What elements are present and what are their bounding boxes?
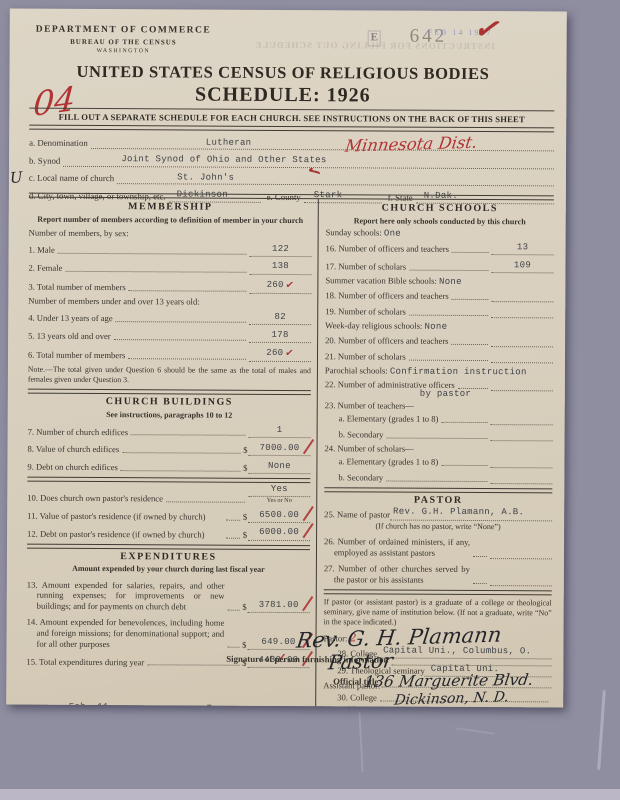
question-label: 16. Number of officers and teachers [326, 243, 450, 254]
answer-value: 1 [277, 425, 283, 435]
answer-value: 6500.00 [259, 509, 299, 519]
question-row: 12. Debt on pastor's residence (if owned… [27, 527, 310, 541]
question-label: 8. Value of church edifices [27, 444, 119, 455]
local-name-value: St. John's [177, 172, 234, 184]
red-check-icon: ✓ [285, 348, 295, 362]
answer-value: Yes [271, 484, 288, 494]
answer-value: 6000.00 [259, 527, 299, 537]
question-label: b. Secondary [338, 472, 383, 483]
red-slash-mark [303, 439, 314, 454]
sunday-schools-value: One [384, 228, 401, 238]
church-buildings-title: CHURCH BUILDINGS [28, 396, 311, 410]
dollar-sign: $ [242, 602, 246, 613]
photo-background: INSTRUCTIONS FOR FILLING OUT SCHEDULE DE… [0, 0, 620, 800]
question-label: 23. Number of teachers— [325, 401, 553, 413]
question-label: 25. Name of pastor [324, 509, 390, 520]
synod-row: b. Synod Joint Synod of Ohio and Other S… [29, 152, 554, 169]
answer-blank [491, 362, 553, 363]
answer-blank: 122 [250, 245, 312, 258]
dotted-leader [166, 501, 245, 502]
group-heading: Number of members, by sex: [29, 227, 312, 239]
question-label: 20. Number of officers and teachers [325, 335, 449, 346]
red-check-icon: ✓ [285, 280, 295, 294]
red-slash-mark [303, 506, 314, 521]
group-heading: Summer vacation Bible schools: None [325, 275, 553, 288]
background-scratch [597, 690, 606, 770]
dotted-leader [441, 422, 487, 423]
question-row: 19. Number of scholars [325, 306, 553, 318]
dotted-leader [65, 271, 246, 273]
handwritten-district-annotation: Minnesota Dist. [344, 133, 479, 158]
dotted-leader [441, 464, 487, 465]
dotted-leader [116, 321, 247, 323]
question-label: 13. Amount expended for salaries, repair… [27, 579, 225, 612]
group-heading: Number of members under and over 13 year… [28, 295, 311, 307]
dotted-leader [473, 556, 487, 557]
answer-blank [490, 558, 552, 559]
dotted-leader [227, 609, 239, 610]
answer-blank: Rev. G.H. Plamann, A.B. [390, 508, 552, 521]
dotted-leader [386, 438, 487, 440]
question-row: 8. Value of church edifices $ 7000.00 [27, 443, 310, 457]
date-value: Feb. 11, [69, 702, 115, 708]
question-row: 26. Number of ordained ministers, if any… [324, 536, 552, 559]
answer-blank: 6500.00 [248, 510, 310, 523]
question-label: 12. Debt on pastor's residence (if owned… [27, 528, 223, 540]
answer-blank [491, 346, 553, 347]
question-row: b. Secondary [324, 472, 552, 484]
answer-value: 7000.00 [260, 443, 300, 453]
yes-or-no-caption: Yes or No [267, 497, 292, 505]
answer-blank: 6000.00 [248, 528, 310, 541]
answer-blank: 7000.00 [248, 444, 310, 457]
weekday-schools-label: Week-day religious schools: [325, 320, 422, 331]
question-row: 27. Number of other churches served by t… [324, 563, 552, 586]
dotted-leader [452, 252, 489, 253]
question-row: 11. Value of pastor's residence (if owne… [27, 509, 310, 523]
answer-blank: 260✓ [249, 348, 311, 362]
group-heading: Week-day religious schools: None [325, 320, 553, 333]
dotted-leader [129, 290, 247, 292]
dotted-leader [452, 299, 489, 300]
answer-value: 13 [517, 242, 528, 252]
summer-bible-value: None [439, 277, 462, 287]
membership-subtitle: Report number of members according to de… [35, 214, 306, 225]
synod-value: Joint Synod of Ohio and Other States [121, 154, 326, 166]
background-scratch [455, 727, 495, 735]
question-label: 10. Does church own pastor's residence [27, 493, 163, 504]
question-label: 27. Number of other churches served by t… [324, 563, 470, 585]
answer-value: 109 [514, 260, 531, 270]
membership-title: MEMBERSHIP [29, 201, 312, 215]
question-label: 5. 13 years old and over [28, 331, 111, 342]
question-label: a. Elementary (grades 1 to 8) [338, 456, 438, 467]
divider [324, 487, 552, 493]
dollar-sign: $ [243, 530, 247, 541]
question-label: b. Secondary [339, 430, 384, 441]
question-row: 4. Under 13 years of age 82 [28, 312, 311, 326]
answer-blank [491, 424, 553, 425]
question-row: 13. Amount expended for salaries, repair… [27, 579, 310, 613]
dotted-leader [131, 435, 246, 437]
question-label: 3. Total number of members [28, 282, 125, 293]
dollar-sign: $ [243, 445, 247, 456]
answer-blank: 3781.00 [248, 600, 310, 613]
red-slash-mark [302, 523, 313, 538]
question-label: 17. Number of scholars [325, 261, 406, 272]
answer-blank: 260✓ [249, 280, 311, 294]
answer-value: 649.00 [261, 637, 295, 647]
stamp-emblem: E [368, 30, 381, 46]
answer-blank [490, 483, 552, 484]
question-label: 21. Number of scholars [325, 352, 406, 363]
answer-blank: 178 [249, 331, 311, 344]
question-row: 25. Name of pastor Rev. G.H. Plamann, A.… [324, 508, 552, 521]
question-row: b. Secondary [325, 430, 553, 442]
form-schedule-year: SCHEDULE: 1926 [9, 82, 556, 110]
margin-mark: U [9, 168, 23, 188]
background-scratch [358, 712, 363, 772]
question-row: 1. Male 122 [29, 243, 312, 257]
dotted-line [391, 665, 551, 667]
question-row: 2. Female 138 [28, 261, 311, 275]
group-heading: Parochial schools: Confirmation instruct… [325, 365, 553, 378]
synod-label: b. Synod [29, 155, 60, 166]
department-line: DEPARTMENT OF COMMERCE [36, 25, 212, 38]
instruction-banner: FILL OUT A SEPARATE SCHEDULE FOR EACH CH… [29, 112, 554, 125]
answer-blank: None [248, 462, 310, 475]
dotted-leader [226, 520, 240, 521]
question-label: 26. Number of ordained ministers, if any… [324, 536, 470, 558]
membership-note: Note.—The total given under Question 6 s… [28, 365, 311, 387]
dotted-leader [226, 537, 240, 538]
answer-blank: 138 [249, 262, 311, 275]
answer-blank [490, 585, 552, 586]
dollar-sign: $ [243, 463, 247, 474]
answer-value: 122 [272, 244, 289, 254]
expenditures-title: EXPENDITURES [27, 550, 310, 564]
no-pastor-note: (If church has no pastor, write “None”) [324, 521, 552, 532]
dotted-leader [409, 360, 488, 361]
answer-value: None [268, 461, 291, 471]
question-label: 9. Debt on church edifices [27, 462, 118, 473]
question-row: 21. Number of scholars [325, 352, 553, 364]
parochial-schools-value: Confirmation instruction [390, 367, 527, 378]
sunday-schools-label: Sunday schools: [326, 227, 382, 237]
question-label: 6. Total number of members [28, 350, 125, 361]
dollar-sign: $ [243, 512, 247, 523]
church-schools-subtitle: Report here only schools conducted by th… [332, 216, 548, 227]
dotted-leader [122, 452, 240, 454]
question-row: 7. Number of church edifices 1 [28, 425, 311, 439]
question-label: 19. Number of scholars [325, 306, 406, 317]
question-row: 17. Number of scholars 109 [325, 260, 553, 273]
answer-value: 260 [267, 280, 284, 290]
answer-blank [491, 317, 553, 318]
divider [29, 125, 554, 133]
question-row: 20. Number of officers and teachers [325, 335, 553, 347]
dotted-line: St. John's [117, 183, 554, 186]
denomination-value: Lutheran [206, 137, 252, 148]
question-row: 18. Number of officers and teachers [325, 290, 553, 302]
answer-value: 178 [272, 330, 289, 340]
church-buildings-subtitle: See instructions, paragraphs 10 to 12 [34, 409, 305, 420]
question-row: 10. Does church own pastor's residence Y… [27, 484, 310, 506]
signature-row: Signature of person furnishing informati… [26, 651, 551, 667]
expenditures-subtitle: Amount expended by your church during la… [33, 564, 304, 575]
bureau-line: BUREAU OF THE CENSUS [36, 38, 212, 48]
dotted-leader [227, 647, 239, 648]
denomination-label: a. Denomination [29, 138, 88, 149]
divider [27, 477, 310, 483]
dotted-leader [409, 315, 488, 316]
question-label: 11. Value of pastor's residence (if owne… [27, 511, 223, 523]
answer-blank [490, 467, 552, 468]
answer-value: Rev. G.H. Plamann, A.B. [393, 507, 524, 518]
divider [28, 389, 311, 395]
washington-line: WASHINGTON [36, 47, 212, 55]
group-heading: Sunday schools: One [326, 227, 554, 240]
question-row: 3. Total number of members 260✓ [28, 279, 311, 294]
answer-blank: 13 [492, 243, 554, 256]
handwritten-official-title: Pastor [327, 648, 395, 675]
question-label: a. Elementary (grades 1 to 8) [339, 413, 439, 424]
question-row: 6. Total number of members 260✓ [28, 347, 311, 362]
question-label: 24. Number of scholars— [324, 443, 552, 455]
dotted-leader [128, 358, 246, 360]
dollar-sign: $ [242, 640, 246, 651]
question-label: 14. Amount expended for benevolences, in… [26, 617, 224, 650]
answer-value: 138 [272, 261, 289, 271]
answer-blank: 82 [249, 313, 311, 326]
question-row: 5. 13 years old and over 178 [28, 329, 311, 343]
question-label: 4. Under 13 years of age [28, 313, 113, 324]
question-label: 18. Number of officers and teachers [325, 290, 449, 301]
date-year-value: 7 [206, 703, 212, 707]
answer-blank: 1 [249, 426, 311, 439]
parochial-schools-label: Parochial schools: [325, 365, 388, 375]
agency-block: DEPARTMENT OF COMMERCE BUREAU OF THE CEN… [36, 25, 212, 56]
table-surface-edge [0, 789, 620, 800]
question-label: 1. Male [29, 245, 55, 256]
dotted-leader [114, 339, 246, 341]
divider [324, 589, 552, 595]
pastor-title: PASTOR [324, 494, 552, 508]
answer-blank [491, 301, 553, 302]
dotted-leader [58, 253, 247, 255]
question-label: 7. Number of church edifices [28, 426, 129, 437]
dotted-leader [386, 480, 487, 482]
church-schools-title: CHURCH SCHOOLS [326, 202, 554, 216]
dotted-leader [452, 344, 489, 345]
local-name-label: c. Local name of church [29, 173, 114, 184]
question-row: 14. Amount expended for benevolences, in… [26, 617, 309, 651]
answer-value: 260 [266, 348, 283, 358]
local-name-row: c. Local name of church St. John's [29, 170, 554, 187]
question-row: a. Elementary (grades 1 to 8) [325, 413, 553, 425]
printed-year-prefix: , 192 [187, 703, 205, 707]
answer-blank: 109 [491, 261, 553, 274]
question-label: 2. Female [28, 263, 62, 274]
dotted-line: Lutheran [91, 148, 554, 151]
dotted-leader [121, 470, 240, 472]
question-row: 9. Debt on church edifices $ None [27, 460, 310, 474]
dotted-leader [473, 582, 487, 583]
census-form-page: INSTRUCTIONS FOR FILLING OUT SCHEDULE DE… [6, 9, 567, 708]
answer-blank [491, 440, 553, 441]
summer-bible-label: Summer vacation Bible schools: [325, 275, 437, 286]
handwritten-city: Dickinson, N. D. [393, 689, 510, 707]
divider [27, 543, 310, 549]
answer-value: 3781.00 [259, 599, 299, 609]
weekday-schools-value: None [424, 322, 447, 332]
question-row: 16. Number of officers and teachers 13 [326, 242, 554, 255]
question-row: a. Elementary (grades 1 to 8) [324, 456, 552, 468]
po-address-label: P. O. Address [320, 704, 370, 707]
dotted-leader [409, 269, 488, 270]
date-label: Date [26, 703, 44, 708]
left-column: MEMBERSHIP Report number of members acco… [26, 198, 319, 708]
answer-blank: Yes [248, 485, 310, 498]
red-slash-mark [302, 596, 313, 611]
answer-value: 82 [274, 312, 285, 322]
